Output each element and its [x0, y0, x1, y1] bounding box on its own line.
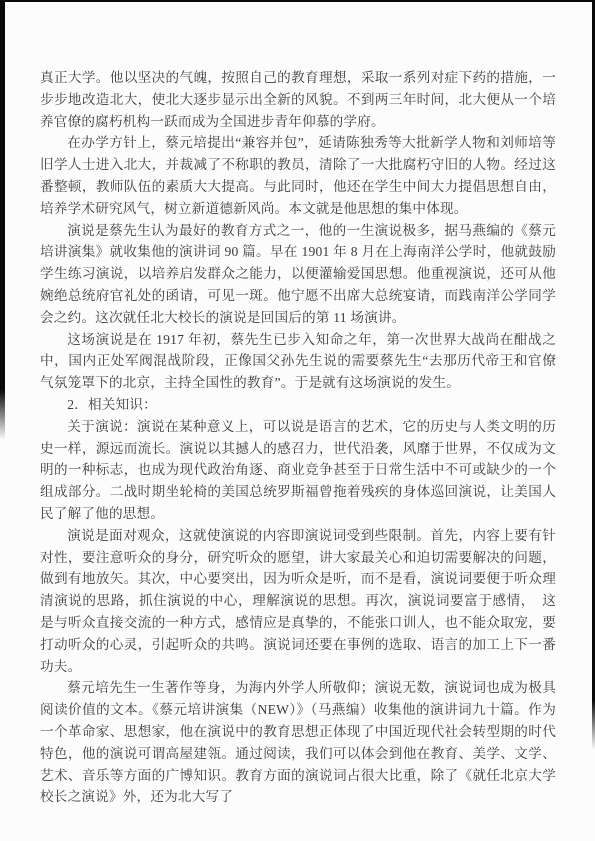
- document-text-block: 真正大学。他以坚决的气魄，按照自己的教育理想，采取一系列对症下药的措施，一步步地…: [40, 67, 556, 808]
- paragraph-about-oratory: 关于演说：演说在某种意义上，可以说是语言的艺术，它的历史与人类文明的历史一样，源…: [40, 416, 556, 525]
- heading-related-knowledge: 2．相关知识：: [40, 394, 556, 416]
- paragraph-continuation: 真正大学。他以坚决的气魄，按照自己的教育理想，采取一系列对症下药的措施，一步步地…: [40, 67, 556, 132]
- paragraph-speech-requirements: 演说是面对观众，这就使演说的内容即演说词受到些限制。首先，内容上要有针对性，要注…: [40, 525, 556, 678]
- paragraph-banrong-policy: 在办学方针上，蔡元培提出“兼容并包”，延请陈独秀等大批新学人物和刘师培等旧学人士…: [40, 132, 556, 219]
- document-page: 真正大学。他以坚决的气魄，按照自己的教育理想，采取一系列对症下药的措施，一步步地…: [0, 0, 595, 841]
- paragraph-cai-works: 蔡元培先生一生著作等身，为海内外学人所敬仰；演说无数，演说词也成为极具阅读价值的…: [40, 677, 556, 808]
- scan-border-left: [0, 0, 5, 440]
- scan-border-top: [0, 0, 595, 2]
- paragraph-1917-context: 这场演说是在 1917 年初，蔡先生已步入知命之年，第一次世界大战尚在酣战之中，…: [40, 329, 556, 394]
- paragraph-speech-education: 演说是蔡先生认为最好的教育方式之一，他的一生演说极多，据马燕编的《蔡元培讲演集》…: [40, 220, 556, 329]
